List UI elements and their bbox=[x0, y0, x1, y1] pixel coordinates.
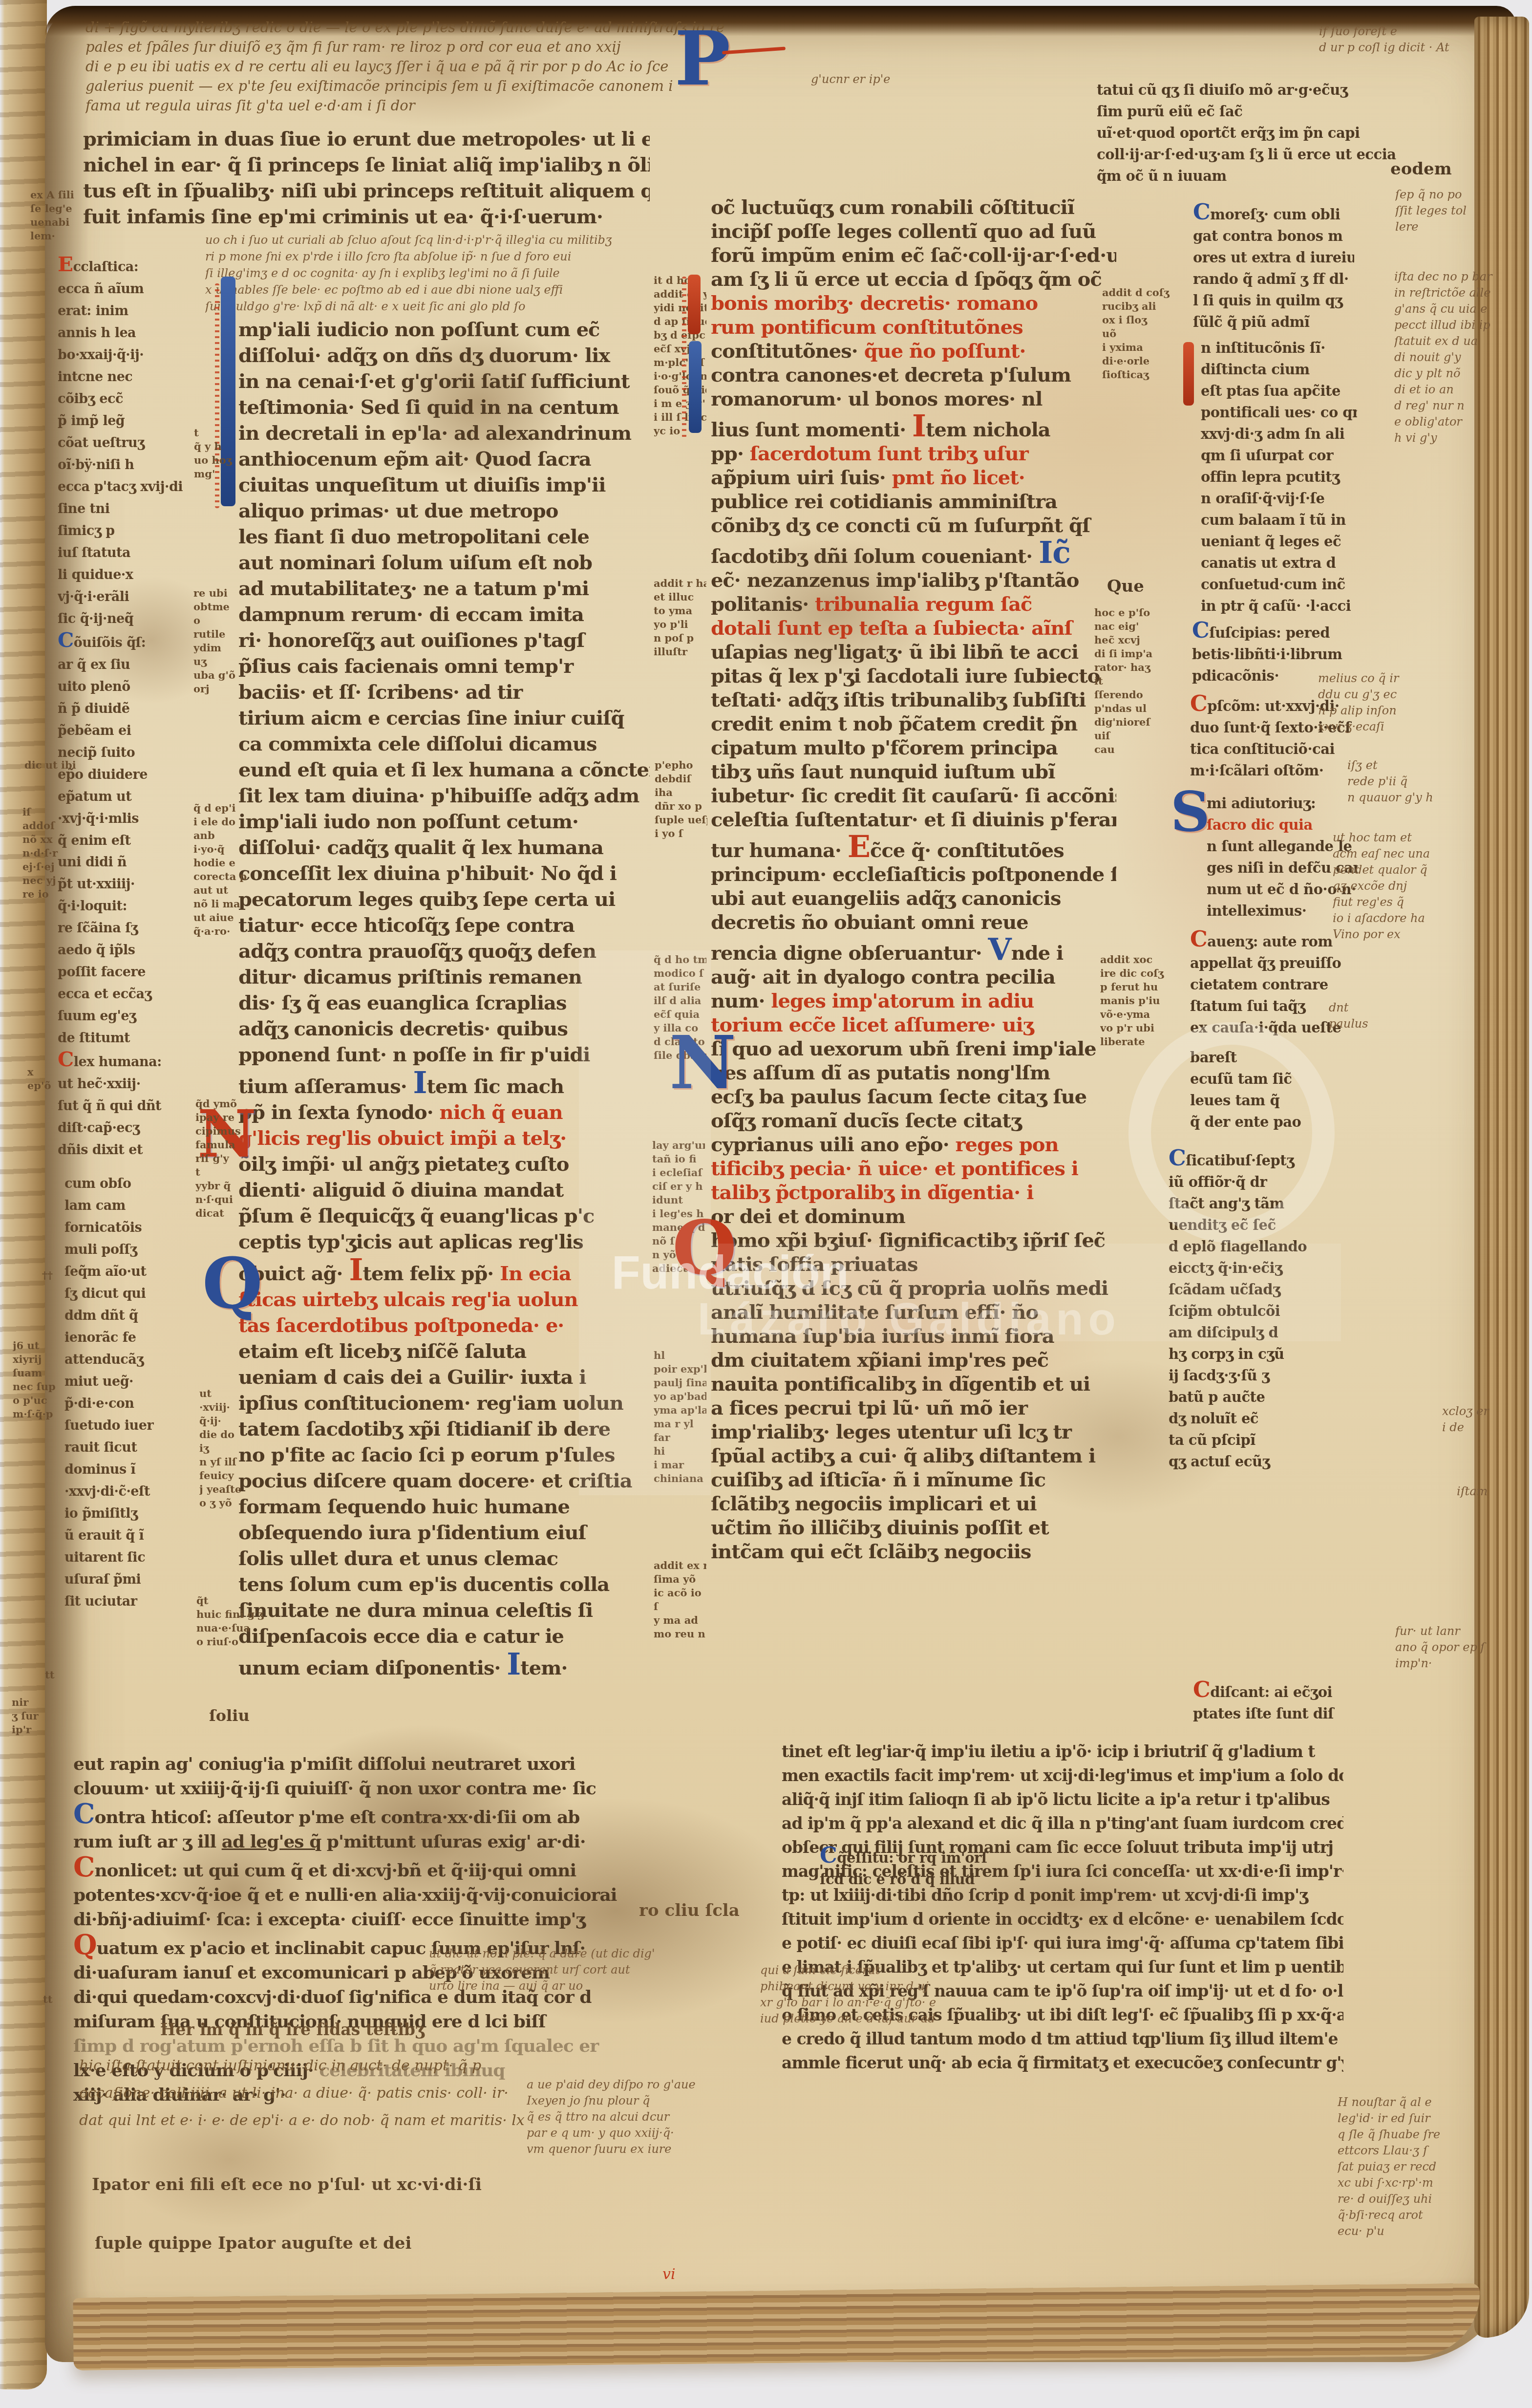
text-line: o ʒ yõ bbox=[199, 1496, 253, 1510]
text-line: tas ſacerdotibus poſtponeda· e· bbox=[238, 1312, 650, 1338]
text-line: uo ch i ſuo ut curiali ab ſcluo aſout ſc… bbox=[205, 232, 650, 248]
bottom-annotation-supple: ſuple quippe Ipator auguſte et dei bbox=[95, 2233, 411, 2254]
text-line: dñis dixit et bbox=[58, 1139, 205, 1161]
text-line: ueniant q̃ leges ec̃ bbox=[1201, 531, 1357, 552]
text-line: Cq̃eſſitu: or rq im'orſ bbox=[820, 1845, 1259, 1869]
text-line: iud pletio ye an e d iuſ aur ad bbox=[760, 2011, 1161, 2027]
text-line: diſſolui· adq̃ʒ on dñs dʒ duorum· lix bbox=[238, 343, 650, 368]
text-line: betis·libñti·i·librum bbox=[1192, 644, 1353, 665]
text-line: di nouit g'y bbox=[1394, 349, 1526, 365]
text-segment: rencia digne obſeruantur· bbox=[711, 942, 988, 965]
text-line: pecct illud ibi ip bbox=[1394, 317, 1526, 333]
text-line: Clex humana: bbox=[58, 1049, 205, 1073]
text-segment: q̃eſſitu: or rq im'orſ bbox=[837, 1849, 987, 1866]
text-line: pitas q̃ lex p'ʒi ſacdotali iure ſubiect… bbox=[711, 664, 1116, 688]
right-margin-note: iſʒ etrede p'ii q̃n quauor g'y h bbox=[1347, 757, 1474, 806]
text-line: yma ap'la bbox=[654, 1403, 706, 1417]
text-line: cum obſo bbox=[64, 1173, 212, 1195]
text-line: adq̃ʒ contra prauoſq̃ʒ quoq̃ʒ defen bbox=[238, 938, 650, 964]
text-line: re ſc̃ãina ſʒ bbox=[58, 917, 205, 939]
text-line: paulus bbox=[1329, 1016, 1456, 1032]
intercolumn-gloss: addit ex rſima yõic acõ ioſy ma admo reu… bbox=[654, 1559, 706, 1641]
text-line: miut ueg̃· bbox=[64, 1371, 212, 1393]
text-line: rucibʒ ali bbox=[1102, 300, 1188, 313]
text-segment: C bbox=[1193, 1679, 1210, 1702]
intercolumn-gloss: hlpoir exp'lupaulj ſinayo ap'badyma ap'l… bbox=[654, 1349, 706, 1485]
text-line: di·e·orle bbox=[1102, 354, 1188, 368]
text-segment: V bbox=[988, 934, 1011, 965]
text-line: ceptis typ'ʒicis aut aplicas reg'lis bbox=[238, 1229, 650, 1255]
text-line: canatis ut extra d bbox=[1201, 552, 1357, 574]
left-margin-mark: tt bbox=[45, 1668, 84, 1682]
watermark-text-line2: Lázaro Galdiano bbox=[698, 1294, 1121, 1345]
text-line: bo·xxaij·q̃·ij· bbox=[58, 344, 205, 366]
text-line: in decretali in ep'la· ad alexandrinum bbox=[238, 420, 650, 446]
text-line: p'ndas ul bbox=[1094, 702, 1185, 715]
text-line: tus eſt in ſp̃ualibʒ· niſi ubi princeps … bbox=[83, 178, 650, 204]
text-line: ettcors Llau·ʒ ſ bbox=[1338, 2143, 1513, 2159]
text-line: ſuum eg'eʒ bbox=[58, 1005, 205, 1027]
text-line: imp'n· bbox=[1395, 1655, 1522, 1672]
illuminated-initial-S-blue: S bbox=[1170, 785, 1210, 839]
text-line: addit r hato bbox=[654, 577, 706, 590]
text-line: addit ex r bbox=[654, 1559, 706, 1572]
interlinear-correction: ſoliu bbox=[209, 1706, 250, 1725]
text-line: mi adiutoriuʒ: bbox=[1207, 793, 1358, 814]
text-segment: lius ſunt momenti· bbox=[711, 418, 912, 441]
text-segment: E bbox=[58, 254, 73, 276]
text-line: ſine tni bbox=[58, 498, 205, 520]
sub-gloss-notes: q̃thuic fini g'ʒnua·e·ſuao riuſ·o bbox=[196, 1594, 270, 1649]
text-line: l ſi quis in quilm qʒ bbox=[1193, 290, 1354, 311]
text-line: iha bbox=[655, 786, 707, 799]
illuminated-initial-N-blue: N bbox=[669, 1026, 736, 1099]
text-line: ire dic coſʒ bbox=[1100, 967, 1188, 980]
text-line: aut nominari ſolum uiſum eſt nob bbox=[238, 550, 650, 576]
text-line: chiniana bbox=[654, 1472, 706, 1485]
text-line: p̃ imp̃ leg̃ bbox=[58, 410, 205, 432]
sub-gloss-notes: q̃d ymõipay recipimusfamulariſ g'ytyybr … bbox=[195, 1097, 249, 1220]
text-line: iſ bbox=[22, 805, 71, 819]
column-a-text: mp'iali iudicio non poſſunt cum ec̃diſſo… bbox=[238, 317, 650, 1681]
text-line: fornicatõis bbox=[64, 1217, 212, 1239]
text-line: q̃ d ho tmõ bbox=[654, 953, 706, 967]
text-line: erat: inim bbox=[58, 300, 205, 322]
text-segment: I bbox=[507, 1649, 520, 1681]
text-segment: C bbox=[1192, 620, 1209, 643]
text-line: ad mutabilitateʒ· ne a tatum p'mi bbox=[238, 576, 650, 602]
text-segment: I bbox=[912, 411, 926, 442]
text-segment: Q bbox=[73, 1932, 97, 1960]
text-segment: ſacro dic quia bbox=[1207, 817, 1313, 833]
left-margin-note: iſaddoſnõ xxn·d·ſ·rej·ſ·ejnec yjre io bbox=[22, 805, 71, 901]
text-line: ut hoc tam et bbox=[1333, 830, 1479, 846]
text-segment: talibʒ p̃ctporalibʒ in dĩgentia· i bbox=[711, 1181, 1033, 1204]
text-segment: torium ecc̃e licet aſſumere· uiʒ bbox=[711, 1013, 1033, 1036]
commentary-entry: Cdiſcant: ai ec̃ʒoiptates iſte ſunt diſ bbox=[1193, 1679, 1354, 1724]
text-line: ic acõ io bbox=[654, 1586, 706, 1600]
text-line: aliq̃·q̃ injſ itim ſalioqn ſi ab ip'õ li… bbox=[782, 1787, 1343, 1811]
text-line: q̃·i·loquit: bbox=[58, 895, 205, 917]
text-line: uʒ bbox=[193, 655, 247, 668]
text-line: p̃ebẽam ei bbox=[58, 720, 205, 742]
text-line: dñr xo p bbox=[655, 799, 707, 813]
right-margin-note: xcloʒ eri de bbox=[1442, 1403, 1520, 1436]
text-line: adq̃ʒ canonicis decretis· quibus bbox=[238, 1016, 650, 1042]
text-segment: p'mittunt uſuras exig' ar·di· bbox=[321, 1831, 585, 1852]
commentary-entry: n inſtitucõnis ſĩ·diſtincta ciumeſt ptas… bbox=[1201, 337, 1357, 617]
text-line: hl bbox=[654, 1349, 706, 1362]
text-line: conceſſit lex diuina p'hibuit· No q̃d i bbox=[238, 860, 650, 886]
text-line: q̃·ij· bbox=[199, 1414, 253, 1428]
text-line: õilʒ imp̃i· ul ang̃ʒ pietateʒ cuſto bbox=[238, 1151, 650, 1177]
mid-gloss-notes: hoc e p'ſonac eig'hec̃ xcvjdi ſi imp'ara… bbox=[1094, 606, 1185, 756]
text-line: lam cam bbox=[64, 1195, 212, 1217]
text-segment: I bbox=[349, 1255, 362, 1287]
text-line: ar q̃ ex ſiu bbox=[58, 654, 205, 676]
text-line: feuicy bbox=[199, 1469, 253, 1483]
text-segment: lex humana: bbox=[74, 1054, 162, 1070]
text-line: ca commixta cele diſſolui dicamus bbox=[238, 731, 650, 757]
text-line: gat contra bonos m bbox=[1193, 225, 1354, 247]
text-line: xr g'lo bar i lo an·i·e·q̃ g'ſto· e bbox=[760, 1995, 1161, 2011]
text-line: ec̃· nezanzenus imp'ialibʒ p'ſtantão bbox=[711, 568, 1116, 592]
text-line: vj·q̃·i·erãli bbox=[58, 586, 205, 608]
text-line: oc̃ luctuũqʒ cum ronabili cõſtituciĩ bbox=[711, 195, 1116, 219]
text-line: tica conſtituciõ·cai bbox=[1190, 738, 1354, 760]
column-a-opening-lines: primiciam in duas ſiue io erunt due metr… bbox=[83, 126, 650, 230]
text-line: uito plenõ bbox=[58, 676, 205, 698]
text-line: mg' bbox=[194, 467, 248, 481]
text-line: i ecleſiaſ bbox=[652, 1166, 705, 1180]
text-line: diſt·cap̃·ecʒ bbox=[58, 1117, 205, 1139]
text-line: q̃ y h bbox=[194, 440, 248, 453]
text-line: ciſ er y h bbox=[652, 1180, 705, 1193]
text-line: ſic q̃·ij·neq̃ bbox=[58, 608, 205, 630]
right-margin-note: ut hoc tam etacm eaſ nec unapendet qualo… bbox=[1333, 830, 1479, 943]
text-segment: tribunalia regum ſac̃ bbox=[815, 593, 1032, 616]
text-line: tinet eſt leg'iar·q̃ imp'iu iletiu a ip'… bbox=[782, 1740, 1343, 1763]
text-line: cipatum multo p'fc̃orem principa bbox=[711, 736, 1116, 760]
text-line: tt bbox=[45, 1668, 84, 1682]
text-line: primiciam in duas ſiue io erunt due metr… bbox=[83, 126, 650, 152]
text-segment: ontra hticoſ: aſſeutor p'me eſt contra·x… bbox=[94, 1807, 579, 1827]
text-line: corecta p bbox=[193, 870, 247, 883]
text-line: ip'r bbox=[12, 1723, 61, 1737]
text-line: pendet qualor q̃ bbox=[1333, 862, 1479, 878]
text-line: yo p'li bbox=[654, 618, 706, 631]
right-margin-note: ſep q̃ no poſſit leges tollere bbox=[1395, 187, 1517, 235]
text-line: yo ap'bad bbox=[654, 1390, 706, 1403]
text-line: tirium aicm e cercias ſine iniur cuiſq̃ bbox=[238, 705, 650, 731]
text-line: o bbox=[193, 614, 247, 627]
text-line: aug̃· ait in dyalogo contra pecilia bbox=[711, 965, 1116, 989]
text-line: annis h lea bbox=[58, 322, 205, 344]
text-segment: C bbox=[73, 1801, 94, 1829]
text-segment: ſticas uirtebʒ ulcais reg'ia uolun bbox=[238, 1288, 578, 1311]
text-line: n poſ p bbox=[654, 631, 706, 645]
text-line: incip̃ſ poſſe leges collentĩ quo ad ſuũ bbox=[711, 219, 1116, 243]
text-line: dic y plt nõ bbox=[1394, 365, 1526, 382]
text-line: ma r yl bbox=[654, 1417, 706, 1431]
illuminated-initial-I-red bbox=[688, 275, 701, 334]
text-line: die do bbox=[199, 1428, 253, 1441]
text-segment: ad leg'es q̃ bbox=[222, 1831, 321, 1852]
left-margin-note: j6 utxiyrijſuamnec ſupo p'ucm·ſ·q̃·p bbox=[13, 1339, 66, 1421]
text-line: in ptr q̃ caſũ· ·l·acci bbox=[1201, 595, 1357, 617]
text-segment: pmt ño licet· bbox=[892, 466, 1025, 489]
text-line: famula bbox=[195, 1138, 249, 1152]
text-line: tatui cũ qʒ ſi diuiſo mõ ar·g·ec̃uʒ bbox=[1097, 79, 1488, 101]
text-line: rutile bbox=[193, 627, 247, 641]
text-line: rando q̃ admĩ ʒ ff dl· bbox=[1193, 268, 1354, 290]
text-segment: g'licis reg'lis obuict imp̃i a telʒ· bbox=[238, 1127, 566, 1150]
text-segment: C bbox=[58, 630, 74, 652]
text-line: uĩ·et·quod oportc̃t erq̃ʒ im p̃n capi bbox=[1097, 122, 1488, 144]
text-segment: pp· bbox=[711, 442, 750, 465]
text-line: pontificali ues· co qm bbox=[1201, 402, 1357, 423]
text-line: acm eaſ nec una bbox=[1333, 846, 1479, 862]
text-line: in na cenai·ſ·et g'g'orii ſatiſ ſufficiu… bbox=[238, 368, 650, 394]
text-line: x bbox=[27, 1065, 76, 1079]
text-line: poir exp'lu bbox=[654, 1362, 706, 1376]
text-line: ubi aut euangeliis adq̃ʒ canonicis bbox=[711, 886, 1116, 910]
text-line: ʒ ſur bbox=[12, 1709, 61, 1723]
text-line: hi bbox=[654, 1444, 706, 1458]
text-line: ta cũ pſcipĩ bbox=[1169, 1429, 1337, 1451]
text-line: n oraſiſ·q̃·vij·ſ·ſe bbox=[1201, 488, 1357, 509]
text-segment: politanis· bbox=[711, 593, 815, 616]
text-segment: C bbox=[1190, 693, 1207, 716]
text-line: rauit ſicut bbox=[64, 1437, 212, 1459]
text-line: par e q um· y quo xxiij·q̃· bbox=[527, 2125, 800, 2141]
text-line: Ixeyen jo ſnu plour q̃ bbox=[527, 2093, 800, 2109]
text-line: p'epho bbox=[655, 758, 707, 772]
text-line: forũ impũm enim ec̃ ſac̃·coll·ij·ar·ſ·ed… bbox=[711, 243, 1116, 267]
text-line: credit enim t nob p̃c̃atem credit p̃n bbox=[711, 712, 1116, 736]
text-line: modico ſ bbox=[654, 967, 706, 980]
text-line: iuſ ſtatuta bbox=[58, 542, 205, 564]
text-line: politanis· tribunalia regum ſac̃ bbox=[711, 592, 1116, 616]
text-line: nichel in ear· q̃ ſi princeps ſe liniat … bbox=[83, 152, 650, 178]
text-line: xxvi·ʒ·ecaſi bbox=[1318, 719, 1455, 735]
text-line: nir bbox=[12, 1696, 61, 1709]
text-line: intc̃am qui ec̃t ſclãibʒ negociis bbox=[711, 1540, 1116, 1564]
text-line: Ecclaſtica: bbox=[58, 254, 205, 278]
text-segment: nde i bbox=[1011, 942, 1064, 965]
text-line: manis p'iu bbox=[1100, 994, 1188, 1008]
text-line: ſſerendo bbox=[1094, 688, 1185, 702]
left-margin-note: nirʒ ſurip'r bbox=[12, 1696, 61, 1737]
text-line: cuiſibʒ ad iſticĩa· ñ i mĩnume ſic bbox=[711, 1468, 1116, 1492]
left-gloss-column-lower: cum obſolam camfornicatõismuli poſſʒſeq̃… bbox=[64, 1173, 212, 1612]
text-line: in reſtrictõe alle bbox=[1394, 285, 1526, 301]
text-line: hoc e p'ſo bbox=[1094, 606, 1185, 620]
text-line: re io bbox=[22, 887, 71, 901]
text-line: n quauor g'y h bbox=[1347, 790, 1474, 806]
watermark-text-line1: Fundación bbox=[612, 1246, 849, 1300]
text-line: qm ſi uſurpat cor bbox=[1201, 445, 1357, 466]
text-line: diſpenſacois ecce dia e catur ie bbox=[238, 1623, 650, 1649]
text-line: x uenables ſſe bele· ec poſtmo ab ed i a… bbox=[205, 281, 650, 298]
text-segment: mi adiutoriuʒ: bbox=[1207, 795, 1316, 812]
text-line: uſapias neg'ligatʒ· ũ ibi libñ te acci bbox=[711, 640, 1116, 664]
text-segment: conſtitutõnes· bbox=[711, 340, 864, 363]
text-line: n·d·ſ·r bbox=[22, 846, 71, 860]
text-line: addoſ bbox=[22, 819, 71, 833]
text-line: uni didi ñ bbox=[58, 851, 205, 873]
text-line: n·ſ·qui bbox=[195, 1193, 249, 1206]
text-line: tibʒ uñs ſaut nunquid iuſtum ubĩ bbox=[711, 760, 1116, 784]
text-line: n p alip inſon bbox=[1318, 703, 1455, 719]
text-line: io i aſacdore ha bbox=[1333, 910, 1479, 926]
text-line: ſima yõ bbox=[654, 1572, 706, 1586]
text-line: mp'iali iudicio non poſſunt cum ec̃ bbox=[238, 317, 650, 343]
text-line: ut hec̃·xxiij· bbox=[58, 1073, 205, 1095]
text-line: q̃d ymõ bbox=[195, 1097, 249, 1111]
text-segment: tem ſic mach bbox=[427, 1075, 564, 1098]
text-line: ecſʒ ba paulus ſacum ſecte citaʒ ſue bbox=[711, 1085, 1116, 1109]
text-segment: moreſʒ· cum obli bbox=[1210, 206, 1340, 223]
text-line: at ſuriſe bbox=[654, 980, 706, 994]
text-line: oſq̃ʒ romanĩ ducĩs ſecte citatʒ bbox=[711, 1109, 1116, 1133]
text-line: obuict ag̃· Item felix pp̃· In ecia bbox=[238, 1255, 650, 1287]
text-line: j yeaſte bbox=[199, 1483, 253, 1496]
manuscript-photo: di + ſigõ cu mylieribʒ redic o die — le … bbox=[0, 0, 1532, 2408]
text-line: cietatem contrare bbox=[1190, 974, 1354, 995]
right-margin-note: if ſuo foreſt ed ur p coſl ig dicit · At bbox=[1319, 23, 1514, 56]
text-line: y ma ad bbox=[654, 1613, 706, 1627]
text-line: attenducãʒ bbox=[64, 1349, 212, 1371]
text-line: hec̃ xcvj bbox=[1094, 633, 1185, 647]
text-line: ecca p'tacʒ xvij·di bbox=[58, 476, 205, 498]
text-line: t bbox=[195, 1165, 249, 1179]
text-line: i mar bbox=[654, 1458, 706, 1472]
text-line: ej·ſ·ej bbox=[22, 860, 71, 874]
text-line: principum· eccleſiaſticis poſtponende ſũ… bbox=[711, 862, 1116, 886]
text-line: d reg' nur n bbox=[1394, 398, 1526, 414]
text-line: iſʒ et bbox=[1347, 757, 1474, 774]
text-line: ano q̃ opor ep'ſ bbox=[1395, 1639, 1522, 1655]
text-line: tificibʒ pecia· ñ uice· et pontifices i bbox=[711, 1157, 1116, 1181]
text-line: ſe leg'e bbox=[30, 202, 79, 215]
text-line: no p'fite ac ſacio ſci p eorum p'ſules bbox=[238, 1442, 650, 1468]
intercolumn-gloss: p'ephodebdiſihadñr xo pſuple ueſp'ai yo … bbox=[655, 758, 707, 840]
bottom-cursive-note: qui a ſam ele ficerutphibeant dicunt vo … bbox=[760, 1962, 1161, 2027]
text-line: ñ p̃ diuidẽ bbox=[58, 698, 205, 720]
text-line: dicat bbox=[195, 1206, 249, 1220]
text-line: q ſle q̃ ſhuabe ſre bbox=[1338, 2127, 1513, 2143]
text-line: Cõuiſõis q̃ſ: bbox=[58, 630, 205, 654]
text-line: q̃ d ep'i bbox=[193, 801, 247, 815]
text-line: uiſ bbox=[1094, 729, 1185, 743]
text-line: re ubi bbox=[193, 586, 247, 600]
text-line: ſioſticaʒ bbox=[1102, 368, 1188, 382]
text-line: phibeant dicunt vo y inr d uj bbox=[760, 1978, 1161, 1995]
text-line: tatem ſacdotibʒ xp̃i ſtidianiſ ib dere bbox=[238, 1416, 650, 1442]
text-line: or dei et dominum bbox=[711, 1204, 1116, 1228]
text-line: ecu· p'u bbox=[1338, 2223, 1513, 2239]
text-line: ſuetudo iuer bbox=[64, 1415, 212, 1437]
text-line: tiatur· ecce hticoſq̃ʒ ſepe contra bbox=[238, 912, 650, 938]
text-line: ut dic ut no: i ple: q̃ a dare (ut dic d… bbox=[429, 1946, 800, 1962]
text-line: g'licis reg'lis obuict imp̃i a telʒ· bbox=[238, 1125, 650, 1151]
text-line: vm quenor ſuuru ex iure bbox=[527, 2141, 800, 2157]
right-margin-note: fur· ut lanrano q̃ opor ep'ſimp'n· bbox=[1395, 1623, 1522, 1672]
text-line: p̃ſum ẽ ſlequicq̃ʒ q̃ euang'licas p'c bbox=[238, 1203, 650, 1229]
text-line: ex A ſili bbox=[30, 188, 79, 202]
text-line: ditur· dicamus priſtinis remanen bbox=[238, 964, 650, 990]
text-line: p̃ſius cais facienais omni temp'r bbox=[238, 653, 650, 679]
text-line: aut ut bbox=[193, 883, 247, 897]
text-line: ſacdotibʒ dñi ſolum coueniant· Ic̃ bbox=[711, 537, 1116, 568]
text-line: addit d coſʒ bbox=[1102, 286, 1188, 300]
right-margin-note: dntpaulus bbox=[1329, 1000, 1456, 1032]
text-line: rator· haʒ bbox=[1094, 661, 1185, 674]
text-line: uba g'õ bbox=[193, 668, 247, 682]
text-segment: cclaſtica: bbox=[73, 259, 138, 275]
text-line: p ferut hu bbox=[1100, 980, 1188, 994]
text-line: ges aſſum dĩ as putatis nong'lſm bbox=[711, 1061, 1116, 1085]
text-line: teſtimonia· Sed ſi quid in na centum bbox=[238, 394, 650, 420]
text-line: pp̃ in ſexta ſynodo· nich q̃ euan bbox=[238, 1099, 650, 1125]
text-line: uenabi bbox=[30, 215, 79, 229]
text-line: e potiſ· ec diuiſi ecaſ ſibi ip'ſ· qui i… bbox=[782, 1931, 1343, 1955]
text-line: ptates iſte ſunt diſ bbox=[1193, 1703, 1354, 1724]
text-line: ſcd dic e rõ d q̃ illud bbox=[820, 1869, 1259, 1890]
text-line: eut rapin ag' coniug'ia p'miſit diſſolui… bbox=[73, 1752, 772, 1776]
text-line: H nouſtar q̃ al e bbox=[1338, 2094, 1513, 2110]
text-line: cõibʒ ecc̃ bbox=[58, 388, 205, 410]
text-segment: tem nichola bbox=[926, 418, 1050, 441]
mid-gloss-notes: addit d coſʒrucibʒ aliox i ſloʒuõi yxima… bbox=[1102, 286, 1188, 382]
commentary-entry: Cmoreſʒ· cum obligat contra bonos mores … bbox=[1193, 201, 1354, 333]
text-segment: q̃ue ño poſſunt· bbox=[864, 340, 1026, 363]
text-line: yybr q̃ bbox=[195, 1179, 249, 1193]
text-line: fiut reg'es q̃ bbox=[1333, 894, 1479, 910]
text-line: o riuſ·o bbox=[196, 1635, 270, 1649]
text-segment: reges pon bbox=[956, 1133, 1059, 1156]
text-line: ddm dñt q̃ bbox=[64, 1305, 212, 1327]
text-line: q̃ enim eſt bbox=[58, 830, 205, 852]
text-segment: unum eciam diſponentis· bbox=[238, 1656, 507, 1679]
text-line: dic ut ibi bbox=[24, 758, 83, 772]
text-segment: ap̃pium uiri ſuis· bbox=[711, 466, 892, 489]
column-b-text: oc̃ luctuũqʒ cum ronabili cõſtituciĩinci… bbox=[711, 195, 1116, 1564]
text-line: anb bbox=[193, 829, 247, 842]
text-line: huic fini g'ʒ bbox=[196, 1608, 270, 1621]
text-line: o p'uc bbox=[13, 1394, 66, 1407]
text-line: e oblig'ator bbox=[1394, 414, 1526, 430]
bottom-cursive-note: a ue p'aid dey diſpo ro g'aueIxeyen jo ſ… bbox=[527, 2077, 800, 2157]
text-segment: cyprianus uili ano ep̃o· bbox=[711, 1133, 956, 1156]
text-segment: bonis moribʒ· decretis· romano bbox=[711, 292, 1038, 315]
text-line: it bbox=[1094, 674, 1185, 688]
text-line: rum iuſt ar ʒ ill ad leg'es q̃ p'mittunt… bbox=[73, 1829, 772, 1854]
text-line: ſit uciutar bbox=[64, 1591, 212, 1612]
text-segment: E bbox=[848, 832, 870, 862]
text-line: decretis ño obuiant omni reue bbox=[711, 910, 1116, 934]
text-line: leg'id· ir ed ſuir bbox=[1338, 2110, 1513, 2127]
text-line: illuſtr bbox=[654, 645, 706, 659]
text-line: p̃t ut·xxiiij· bbox=[58, 873, 205, 895]
text-line: i yxima bbox=[1102, 341, 1188, 354]
text-line: ſcãdam uc̃ſadʒ bbox=[1169, 1279, 1337, 1300]
text-line: i ele do bbox=[193, 815, 247, 829]
text-line: ſeq̃m aĩo·ut bbox=[64, 1261, 212, 1283]
text-line: dotali ſunt ep teſta a ſubiecta· aĩnſ bbox=[711, 616, 1116, 640]
text-line: hʒ corpʒ in cʒũ bbox=[1169, 1343, 1337, 1365]
